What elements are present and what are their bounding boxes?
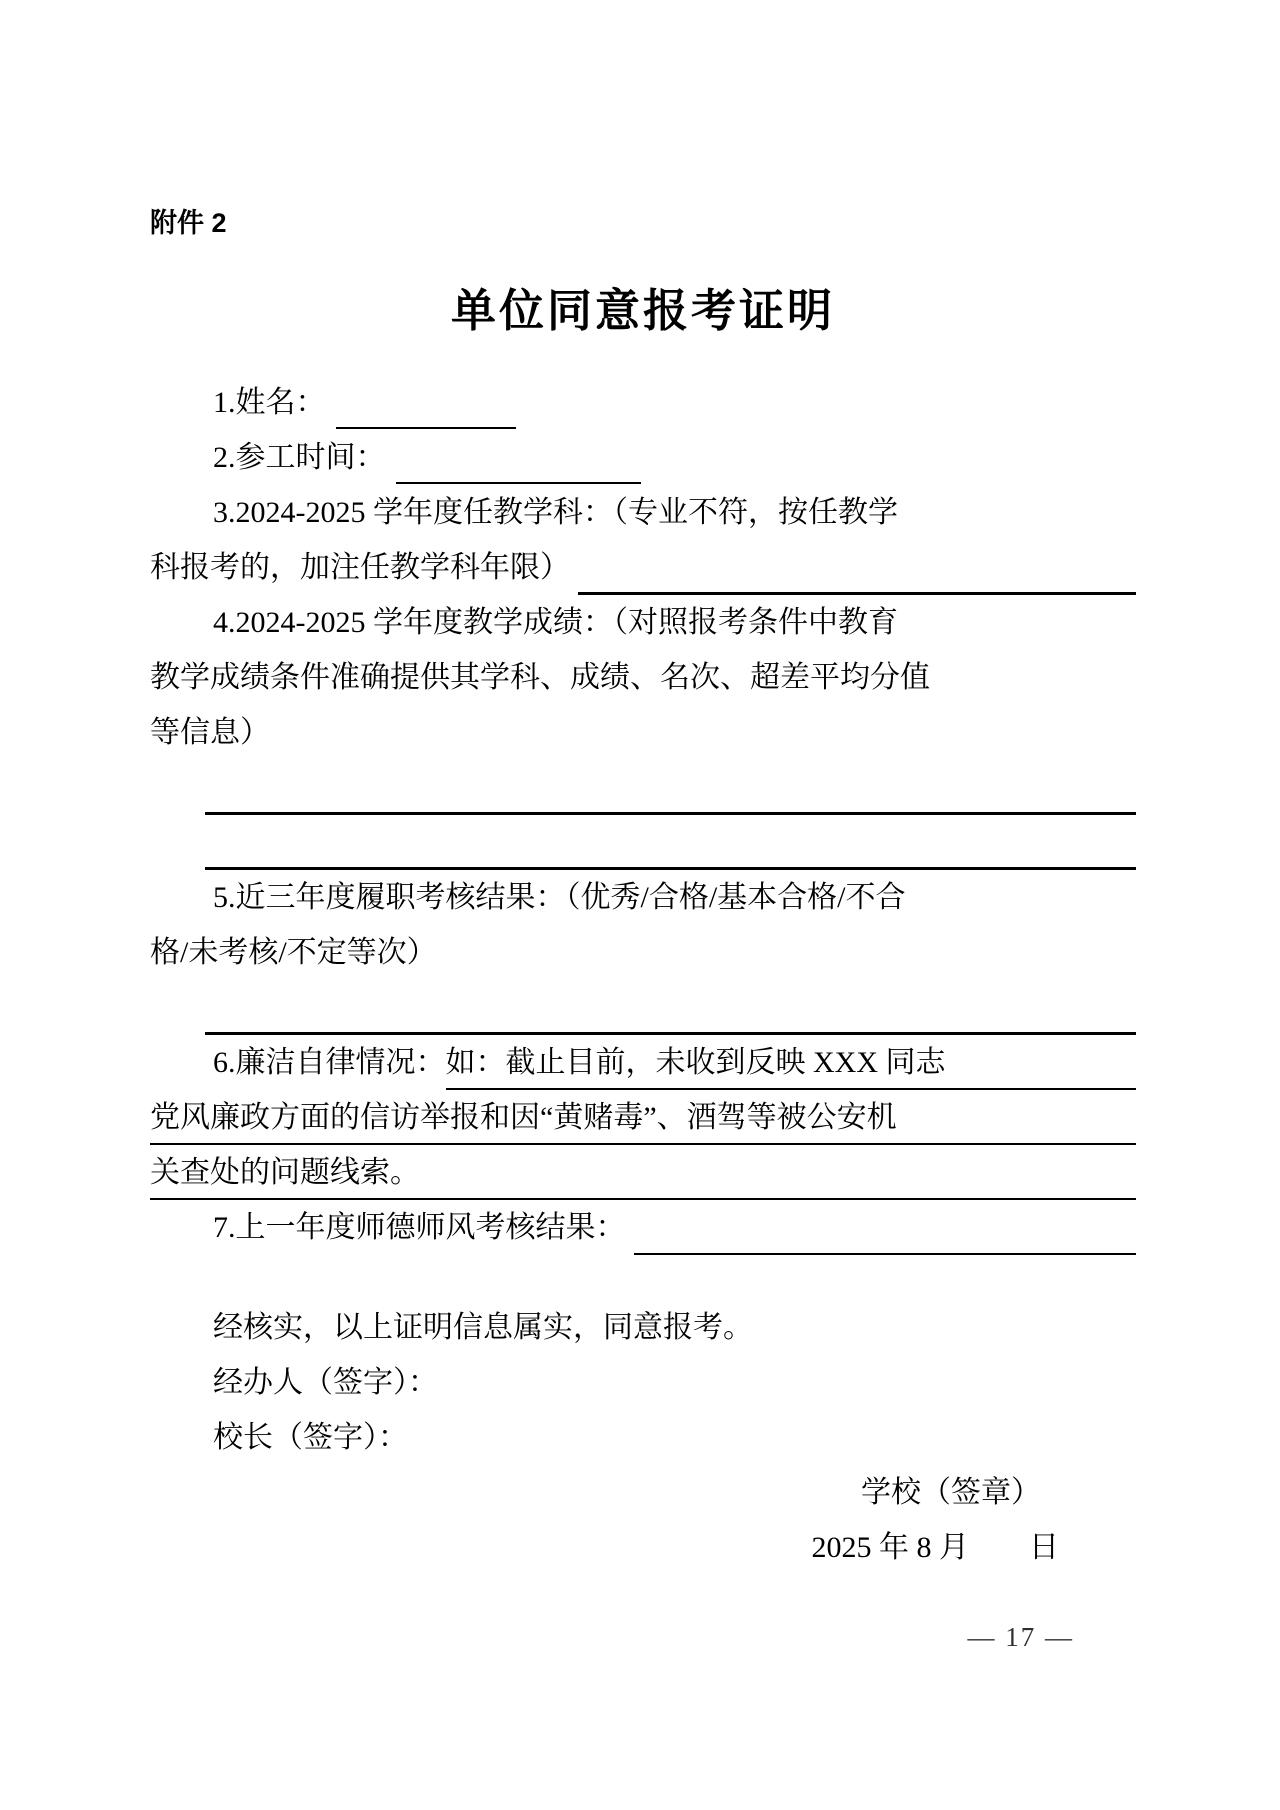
form-item-1-row: 1.姓名： — [150, 375, 1136, 430]
form-item-3-line-2: 科报考的，加注任教学科年限） — [150, 540, 1136, 595]
answer-underline-3 — [205, 980, 1136, 1035]
integrity-example-underlined-1: 如：截止目前，未收到反映 XXX 同志 — [446, 1035, 1137, 1090]
ethics-label: 7.上一年度师德师风考核结果： — [213, 1200, 626, 1255]
subject-note-text: 科报考的，加注任教学科年限） — [150, 540, 570, 595]
blank-line — [150, 1255, 1136, 1300]
start-date-label: 2.参工时间： — [213, 430, 386, 485]
answer-line-row — [150, 980, 1136, 1035]
form-item-5-line-2: 格/未考核/不定等次） — [150, 925, 1136, 980]
page-number: — 17 — — [0, 1622, 1074, 1653]
principal-signature-line: 校长（签字）： — [150, 1410, 1136, 1465]
integrity-example-underlined-2: 党风廉政方面的信访举报和因“黄赌毒”、酒驾等被公安机 — [150, 1090, 1136, 1145]
form-item-4-line-3: 等信息） — [150, 705, 1136, 760]
form-item-4-line-1: 4.2024-2025 学年度教学成绩：（对照报考条件中教育 — [150, 595, 1136, 650]
integrity-underline-extension — [420, 1145, 1136, 1200]
document-page: 附件 2 单位同意报考证明 1.姓名： 2.参工时间： 3.2024-2025 … — [0, 0, 1280, 1810]
start-date-blank-underline — [396, 430, 641, 484]
document-content: 附件 2 单位同意报考证明 1.姓名： 2.参工时间： 3.2024-2025 … — [150, 196, 1136, 1575]
answer-underline-2 — [205, 815, 1136, 870]
school-seal-line: 学校（签章） — [150, 1465, 1136, 1520]
form-item-3-line-1: 3.2024-2025 学年度任教学科：（专业不符，按任教学 — [150, 485, 1136, 540]
answer-line-row — [150, 815, 1136, 870]
closing-confirmation: 经核实，以上证明信息属实，同意报考。 — [150, 1300, 1136, 1355]
ethics-blank-underline — [634, 1200, 1137, 1255]
name-label: 1.姓名： — [213, 375, 326, 430]
attachment-label: 附件 2 — [150, 196, 1136, 251]
form-item-6-line-3: 关查处的问题线索。 — [150, 1145, 1136, 1200]
handler-signature-line: 经办人（签字）： — [150, 1355, 1136, 1410]
answer-line-row — [150, 760, 1136, 815]
form-item-5-line-1: 5.近三年度履职考核结果：（优秀/合格/基本合格/不合 — [150, 870, 1136, 925]
form-item-6-line-1: 6.廉洁自律情况： 如：截止目前，未收到反映 XXX 同志 — [150, 1035, 1136, 1090]
date-line: 2025 年 8 月 日 — [150, 1520, 1136, 1575]
integrity-example-underlined-3: 关查处的问题线索。 — [150, 1145, 420, 1200]
name-blank-underline — [336, 375, 516, 429]
form-item-7-row: 7.上一年度师德师风考核结果： — [150, 1200, 1136, 1255]
answer-underline-1 — [205, 760, 1136, 815]
form-item-6-line-2: 党风廉政方面的信访举报和因“黄赌毒”、酒驾等被公安机 — [150, 1090, 1136, 1145]
integrity-label: 6.廉洁自律情况： — [213, 1035, 446, 1090]
form-item-4-line-2: 教学成绩条件准确提供其学科、成绩、名次、超差平均分值 — [150, 650, 1136, 705]
document-title: 单位同意报考证明 — [150, 275, 1136, 347]
form-item-2-row: 2.参工时间： — [150, 430, 1136, 485]
subject-blank-underline — [578, 540, 1136, 595]
